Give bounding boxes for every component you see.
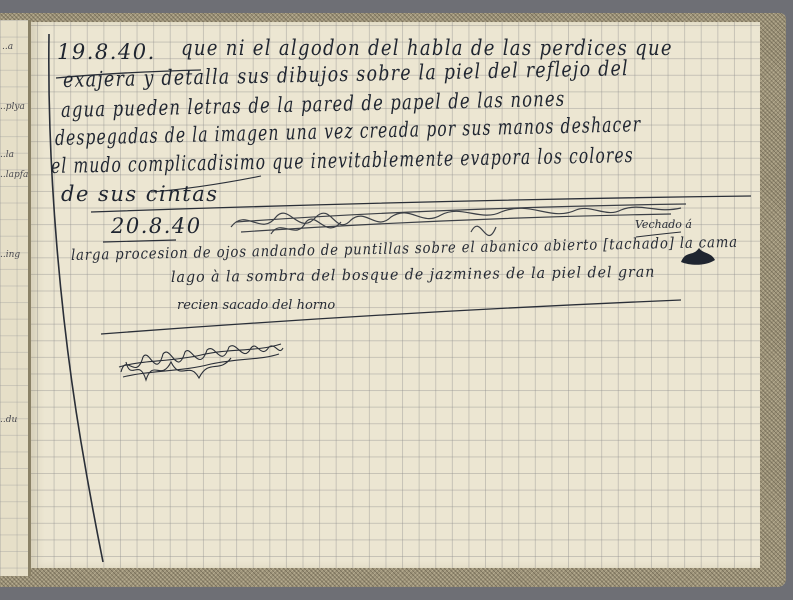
text-line: recien sacado del horno bbox=[177, 298, 335, 313]
left-page-note: ..ing bbox=[0, 250, 20, 260]
margin-note: Vechado á bbox=[635, 218, 692, 231]
entry-date: 20.8.40 bbox=[111, 214, 202, 238]
left-page-note: ..plya bbox=[0, 102, 25, 112]
scribble bbox=[119, 344, 283, 380]
notebook-page: 19.8.40. que ni el algodon del habla de … bbox=[31, 22, 760, 568]
left-page-note: ..a bbox=[2, 42, 13, 52]
entry-date: 19.8.40. bbox=[57, 40, 156, 64]
text-line: de sus cintas bbox=[61, 182, 219, 206]
crossed-out-text bbox=[231, 204, 686, 236]
left-page-note: ..la bbox=[0, 150, 14, 160]
left-page-edge: ..a ..plya ..la ..lapfa ..ing ..du bbox=[0, 20, 29, 576]
left-page-note: ..du bbox=[0, 415, 17, 425]
left-page-note: ..lapfa bbox=[0, 170, 28, 180]
